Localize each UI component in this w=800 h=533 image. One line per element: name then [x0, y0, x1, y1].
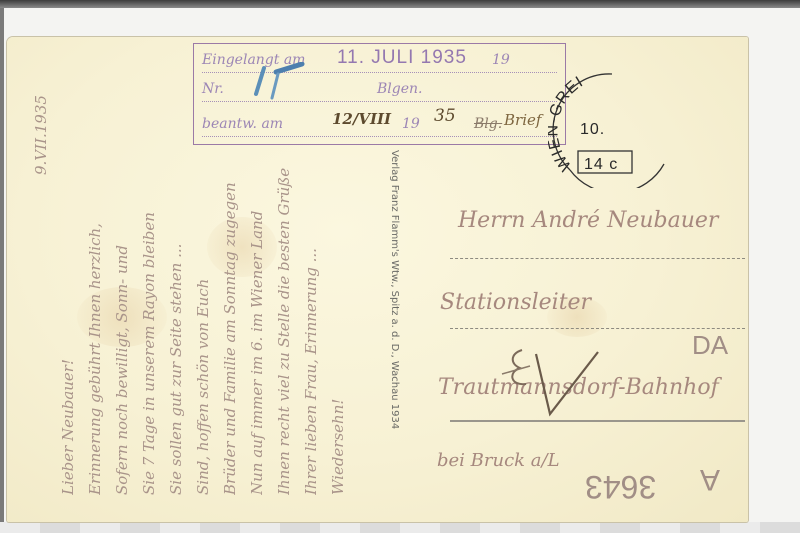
- publisher-imprint: Verlag Franz Flamm's Wtw., Spitz a. d. D…: [389, 150, 400, 429]
- number-label: Nr.: [202, 81, 224, 97]
- answered-label: beantw. am: [202, 116, 283, 132]
- received-date: 11. JULI 1935: [337, 47, 467, 69]
- answered-year-prefix: 19: [402, 116, 420, 132]
- scanner-edge-bottom: [0, 522, 800, 533]
- year-prefix: 19: [492, 52, 510, 68]
- answered-by: Brief: [504, 111, 541, 129]
- blue-crayon-mark: [250, 62, 310, 102]
- address-rule: [450, 328, 745, 329]
- answered-date: 12/VIII: [332, 110, 391, 128]
- postmark-code: 14 c: [584, 156, 618, 173]
- address-rule: [450, 258, 745, 259]
- postmark: WIEN-GREI 10. 14 c: [548, 68, 668, 188]
- receipt-stamp: Eingelangt am 11. JULI 1935 19 Nr. Blgen…: [193, 43, 566, 145]
- message-line: Erinnerung gebührt Ihnen herzlich,: [82, 35, 109, 495]
- scanner-edge-left: [0, 8, 4, 533]
- pencil-number: 3643: [585, 468, 656, 505]
- message-date: 9.VII.1935: [28, 35, 55, 495]
- answered-year: 35: [434, 106, 456, 126]
- address-line-2: Stationsleiter: [440, 290, 591, 315]
- answered-row: beantw. am 12/VIII 19 35 Blg. Brief: [202, 114, 557, 137]
- address-line-1: Herrn André Neubauer: [458, 208, 718, 233]
- scanner-edge-top: [0, 0, 800, 8]
- ev-pencil-mark: [500, 340, 610, 430]
- message-line: Sofern noch bewilligt, Sonn- und: [109, 35, 136, 495]
- pencil-letter: A: [700, 462, 720, 496]
- postmark-date: 10.: [580, 121, 605, 138]
- message-line: Sie sollen gut zur Seite stehen ...: [163, 35, 190, 495]
- message-line: Lieber Neubauer!: [55, 35, 82, 495]
- address-line-4: bei Bruck a/L: [437, 450, 560, 471]
- enclosures-label: Blgen.: [377, 81, 422, 97]
- pencil-da: DA: [692, 330, 728, 361]
- message-line: Sie 7 Tage in unserem Rayon bleiben: [136, 35, 163, 495]
- blg-struck-label: Blg.: [474, 116, 502, 132]
